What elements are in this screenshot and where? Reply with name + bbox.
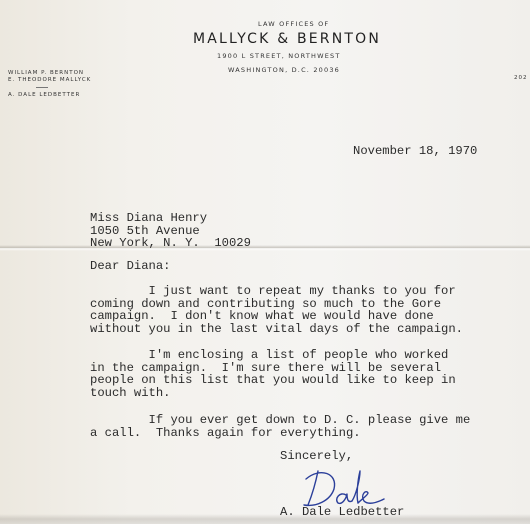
recipient-city: New York, N. Y. 10029 [90,236,251,250]
letterhead-partner: E. THEODORE MALLYCK [8,77,91,83]
letterhead-city: WASHINGTON, D.C. 20036 [228,66,340,74]
letterhead-street: 1900 L STREET, NORTHWEST [217,52,341,60]
body-paragraph: I'm enclosing a list of people who worke… [90,349,456,399]
body-paragraph: If you ever get down to D. C. please giv… [90,414,470,439]
letter-paper: LAW OFFICES OF MALLYCK & BERNTON 1900 L … [0,0,530,524]
letterhead-phone-prefix: 202 [514,75,528,81]
signer-name: A. Dale Ledbetter [280,506,404,519]
letterhead-firm-name: MALLYCK & BERNTON [193,31,381,47]
letter-date: November 18, 1970 [353,145,477,158]
body-paragraph: I just want to repeat my thanks to you f… [90,285,463,335]
letterhead-divider [36,87,48,88]
letterhead-prefix: LAW OFFICES OF [258,20,329,28]
closing: Sincerely, [280,450,353,463]
salutation: Dear Diana: [90,260,170,273]
handwritten-signature [300,465,390,510]
recipient-address: Miss Diana Henry 1050 5th Avenue New Yor… [90,212,251,250]
letterhead-partner: WILLIAM P. BERNTON [8,70,84,76]
paper-bottom-edge [0,514,530,524]
letterhead-associate: A. DALE LEDBETTER [8,92,80,98]
paper-fold-crease [0,245,530,251]
